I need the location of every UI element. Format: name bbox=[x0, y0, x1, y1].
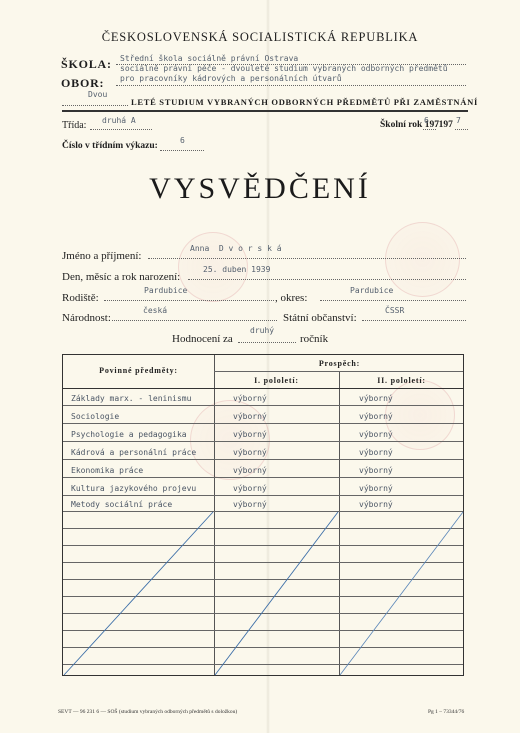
evaluation-prefix: Hodnocení za bbox=[172, 333, 233, 345]
district-label: , okres: bbox=[275, 292, 307, 304]
field-value-line1: sociálně právní péče - dvouleté studium … bbox=[120, 64, 448, 73]
school-year-from-dots bbox=[423, 129, 436, 130]
evaluation-suffix: ročník bbox=[300, 333, 328, 345]
register-no-label: Číslo v třídním výkazu: bbox=[62, 141, 158, 151]
birth-value: 25. duben 1939 bbox=[203, 265, 270, 274]
state-title: ČESKOSLOVENSKÁ SOCIALISTICKÁ REPUBLIKA bbox=[0, 30, 520, 45]
class-dotted-line bbox=[90, 129, 152, 130]
evaluation-dotted-line bbox=[238, 342, 296, 343]
school-year-to-dots bbox=[455, 129, 468, 130]
birth-dotted-line bbox=[188, 279, 466, 280]
field-label: OBOR: bbox=[61, 76, 104, 91]
study-prefix-typed: Dvou bbox=[88, 90, 107, 99]
birthplace-label: Rodiště: bbox=[62, 292, 99, 304]
name-value: Anna D v o r s k á bbox=[190, 244, 282, 253]
school-label: ŠKOLA: bbox=[61, 57, 112, 72]
school-year-sep: /197 bbox=[436, 120, 453, 130]
footer-form-code: SEVT — 96 231 6 — SOŠ (studium vybraných… bbox=[58, 709, 237, 715]
cancellation-lines bbox=[63, 355, 465, 677]
study-type-printed: LETÉ STUDIUM VYBRANÝCH ODBORNÝCH PŘEDMĚT… bbox=[131, 97, 478, 107]
nationality-label: Národnost: bbox=[62, 312, 111, 324]
citizenship-value: ČSSR bbox=[385, 306, 404, 315]
study-prefix-dotted-line bbox=[62, 105, 128, 106]
official-stamp-right bbox=[385, 222, 460, 297]
district-value: Pardubice bbox=[350, 286, 393, 295]
footer-print-code: Pg 1 – 73344/76 bbox=[428, 709, 464, 715]
citizenship-dotted-line bbox=[362, 320, 466, 321]
header-rule bbox=[62, 110, 468, 112]
register-no-dotted-line bbox=[160, 150, 204, 151]
register-no-value: 6 bbox=[180, 136, 185, 145]
evaluation-year-value: druhý bbox=[250, 326, 274, 335]
class-value: druhá A bbox=[102, 116, 136, 125]
district-dotted-line bbox=[320, 300, 466, 301]
school-year-to: 7 bbox=[456, 116, 461, 125]
name-label: Jméno a příjmení: bbox=[62, 250, 141, 262]
school-year-from: 6 bbox=[424, 116, 429, 125]
field-dotted-line bbox=[116, 85, 466, 86]
citizenship-label: Státní občanství: bbox=[283, 312, 357, 324]
grades-table: Povinné předměty: Prospěch: I. pololetí:… bbox=[62, 354, 464, 676]
birth-label: Den, měsíc a rok narození: bbox=[62, 271, 180, 283]
birthplace-value: Pardubice bbox=[144, 286, 187, 295]
document-title: VYSVĚDČENÍ bbox=[0, 172, 520, 206]
birthplace-dotted-line bbox=[104, 300, 274, 301]
class-label: Třída: bbox=[62, 120, 86, 131]
nationality-value: česká bbox=[143, 306, 167, 315]
field-value-line2: pro pracovníky kádrových a personálních … bbox=[120, 74, 342, 83]
school-value: Střední škola sociálně právní Ostrava bbox=[120, 54, 298, 63]
nationality-dotted-line bbox=[112, 320, 277, 321]
name-dotted-line bbox=[148, 258, 466, 259]
